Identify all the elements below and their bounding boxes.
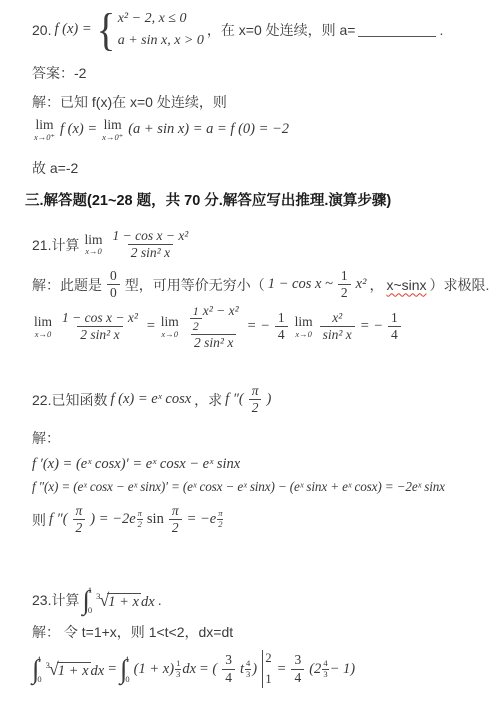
function-definition: f (x) = eˣ cosx	[110, 391, 191, 408]
exponent-numerator: π	[217, 509, 223, 519]
fraction-numerator: 12x² − x²	[186, 303, 242, 334]
piecewise-case-2: a + sin x, x > 0	[118, 30, 204, 52]
numerator-rest: x² − x²	[203, 303, 239, 318]
solution-label-text: 解：	[32, 428, 60, 448]
lim-subscript: x→0	[35, 329, 52, 339]
piecewise-case-1: x² − 2, x ≤ 0	[118, 8, 204, 30]
power-integrand-group: (1 + x)13dx	[134, 659, 196, 680]
answer-text: 答案：-2	[32, 63, 86, 83]
answer-blank-line	[358, 36, 436, 37]
fraction-denominator: sin² x	[320, 326, 355, 343]
fraction-denominator: 2 sin² x	[128, 244, 173, 261]
result-close: − 1)	[330, 661, 356, 677]
exponent-denominator: 2	[137, 519, 143, 530]
problem-20-statement: 20. f (x) = { x² − 2, x ≤ 0 a + sin x, x…	[32, 8, 443, 51]
final-one-quarter-fraction: 1 4	[388, 310, 401, 343]
piecewise-cases: x² − 2, x ≤ 0 a + sin x, x > 0	[118, 8, 204, 51]
evaluation-upper-limit: 2	[265, 651, 271, 666]
definite-integral: ∫ 1 0	[82, 585, 92, 615]
fraction-2-nested: 12x² − x² 2 sin² x	[186, 303, 242, 351]
equals-minus: = −	[247, 318, 270, 335]
fraction-numerator: π	[73, 503, 86, 519]
radicand: 1 + x	[107, 593, 141, 610]
sentence-period: .	[158, 592, 162, 608]
limit-operator: lim x→0	[161, 315, 179, 339]
limit-operator: lim x→0⁺	[34, 118, 55, 142]
evaluation-bar-line	[262, 650, 263, 688]
one-half-fraction: 1 2	[338, 268, 351, 301]
section-heading-text: 三.解答题(21~28 题，共 70 分.解答应写出推理.演算步骤)	[25, 189, 391, 210]
fraction-denominator: 4	[222, 669, 235, 686]
exponent-numerator: 1	[175, 659, 181, 669]
problem-20-conclusion: 故 a=-2	[32, 158, 78, 178]
antiderivative-group: t43)	[240, 659, 257, 680]
integral-upper-limit: 1	[37, 654, 41, 664]
fraction-denominator: 2	[190, 318, 202, 333]
exponent-pi-over-two: π2	[217, 509, 223, 530]
definite-integral: ∫ 1 0	[32, 654, 42, 684]
problem-22-number: 22.已知函数	[32, 390, 107, 410]
fraction-numerator: 1	[388, 310, 401, 326]
pi-over-two-fraction: π 2	[249, 383, 262, 416]
fraction-numerator: π	[169, 503, 182, 519]
fraction-denominator: 2 sin² x	[191, 334, 236, 351]
math-solutions-document: 20. f (x) = { x² − 2, x ≤ 0 a + sin x, x…	[0, 0, 500, 719]
lim-subscript: x→0⁺	[102, 132, 123, 142]
evaluation-bar: 2 1	[262, 650, 272, 688]
integral-limits: 1 0	[125, 654, 129, 684]
equals-open-paren: = (	[199, 661, 217, 678]
lim-subscript: x→0⁺	[34, 132, 55, 142]
close-paren: )	[252, 661, 257, 677]
problem-22-statement: 22.已知函数 f (x) = eˣ cosx ，求 f ″( π 2 )	[32, 383, 271, 416]
equals-result: = −e	[187, 511, 217, 527]
problem-21-statement: 21.计算 lim x→0 1 − cos x − x² 2 sin² x	[32, 228, 193, 261]
dx-differential: dx	[141, 594, 155, 610]
exponent-pi-over-two: π2	[137, 509, 143, 530]
second-derivative-open: f ″(	[225, 391, 244, 408]
zero-over-zero-fraction: 0 0	[107, 268, 120, 301]
second-derivative-equation: f ″(x) = (eˣ cosx − eˣ sinx)′ = (eˣ cosx…	[32, 479, 445, 495]
problem-22-first-derivative: f ′(x) = (eˣ cosx)′ = eˣ cosx − eˣ sinx	[32, 456, 240, 473]
comma-separator: ，	[369, 275, 383, 295]
problem-21-number: 21.计算	[32, 235, 79, 255]
inner-half-fraction: 12	[190, 304, 202, 334]
section-3-heading: 三.解答题(21~28 题，共 70 分.解答应写出推理.演算步骤)	[25, 189, 391, 210]
limit-operator: lim x→0	[34, 315, 52, 339]
problem-22-second-derivative: f ″(x) = (eˣ cosx − eˣ sinx)′ = (eˣ cosx…	[32, 479, 445, 495]
limit-operator: lim x→0⁺	[102, 118, 123, 142]
equals-sign: =	[277, 661, 287, 678]
result-group: = −eπ2	[187, 509, 225, 530]
fraction-denominator: 4	[388, 326, 401, 343]
limit-middle: f (x) =	[60, 121, 97, 138]
problem-22-evaluation: 则 f ″( π 2 ) = −2eπ2 sin π 2 = −eπ2	[32, 503, 225, 536]
problem-20-limit-equation: lim x→0⁺ f (x) = lim x→0⁺ (a + sin x) = …	[32, 118, 289, 142]
second-derivative-open: f ″(	[49, 511, 68, 528]
fraction-numerator: 3	[291, 652, 304, 668]
problem-23-statement: 23.计算 ∫ 1 0 3√1 + xdx .	[32, 585, 162, 615]
piecewise-brace: {	[96, 10, 115, 50]
lim-word: lim	[161, 315, 179, 329]
exponent-numerator: 4	[322, 659, 328, 669]
solution-intro-text: 解：已知 f(x)在 x=0 处连续，则	[32, 92, 227, 112]
one-quarter-fraction: 1 4	[275, 310, 288, 343]
lim-subscript: x→0	[161, 329, 178, 339]
pi-over-two-fraction: π 2	[73, 503, 86, 536]
integral-lower-limit: 0	[88, 605, 92, 615]
fraction-numerator: π	[249, 383, 262, 399]
eval-middle: ) = −2e	[90, 511, 135, 527]
evaluation-limits: 2 1	[265, 651, 271, 687]
fraction-denominator: 2	[169, 519, 182, 536]
power-base: (1 + x)	[134, 661, 174, 677]
fraction-denominator: 4	[291, 669, 304, 686]
evaluation-lower-limit: 1	[265, 672, 271, 687]
x-squared-term: x²	[356, 276, 367, 293]
substitution-text: 解： 令 t=1+x，则 1<t<2，dx=dt	[32, 622, 233, 642]
then-text: 则	[32, 510, 46, 530]
problem-21-analysis: 解：此题是 0 0 型，可用等价无穷小（ 1 − cos x ~ 1 2 x² …	[32, 268, 489, 301]
t-variable: t	[240, 661, 244, 677]
fraction-denominator: 2	[73, 519, 86, 536]
lim-subscript: x→0	[85, 246, 102, 256]
lim-subscript: x→0	[295, 329, 312, 339]
fraction-denominator: 0	[107, 284, 120, 301]
equivalence-2-misspelled: x~sinx	[386, 277, 426, 293]
lim-word: lim	[34, 315, 52, 329]
exponent-four-thirds: 43	[322, 659, 328, 680]
exponent-numerator: 4	[245, 659, 251, 669]
fraction-3: x² sin² x	[320, 310, 355, 343]
integral-limits: 1 0	[88, 585, 92, 615]
sentence-period: .	[439, 22, 443, 38]
problem-23-substitution: 解： 令 t=1+x，则 1<t<2，dx=dt	[32, 622, 233, 642]
fraction-numerator: 0	[107, 268, 120, 284]
radicand: 1 + x	[57, 662, 91, 679]
exponent-denominator: 3	[322, 669, 328, 680]
integral-lower-limit: 0	[37, 674, 41, 684]
cube-root-group: 3√1 + xdx	[46, 659, 105, 680]
definite-integral: ∫ 1 0	[120, 654, 130, 684]
final-result-group: (243− 1)	[309, 659, 355, 680]
integral-limits: 1 0	[37, 654, 41, 684]
exponent-denominator: 3	[175, 669, 181, 680]
first-derivative-equation: f ′(x) = (eˣ cosx)′ = eˣ cosx − eˣ sinx	[32, 456, 240, 473]
fraction-numerator: 1	[190, 304, 202, 318]
equivalence-1: 1 − cos x ~	[268, 276, 333, 293]
function-definition: f (x) =	[54, 21, 91, 38]
conclusion-text: 故 a=-2	[32, 158, 78, 178]
problem-20-number: 20.	[32, 22, 51, 38]
fraction-denominator: 2	[249, 399, 262, 416]
fraction-denominator: 2	[338, 284, 351, 301]
close-paren: )	[266, 391, 271, 408]
cube-root-group: 3√1 + xdx	[96, 590, 155, 611]
problem-23-number: 23.计算	[32, 590, 79, 610]
fraction-numerator: 1 − cos x − x²	[109, 228, 191, 244]
limit-result: (a + sin x) = a = f (0) = −2	[128, 121, 289, 138]
analysis-suffix: ）求极限.	[430, 275, 490, 295]
limit-operator: lim x→0	[84, 233, 102, 257]
exp-group: ) = −2eπ2	[90, 509, 144, 530]
pi-over-two-fraction: π 2	[169, 503, 182, 536]
exponent-one-third: 13	[175, 659, 181, 680]
fraction-denominator: 4	[275, 326, 288, 343]
fraction-numerator: 3	[222, 652, 235, 668]
result-open: (2	[309, 661, 321, 677]
three-quarters-fraction: 3 4	[291, 652, 304, 685]
exponent-four-thirds: 43	[245, 659, 251, 680]
continuity-condition: ，在 x=0 处连续，则 a=	[207, 20, 356, 40]
equals-minus: = −	[360, 318, 383, 335]
analysis-prefix: 解：此题是	[32, 275, 102, 295]
exponent-numerator: π	[137, 509, 143, 519]
integral-upper-limit: 1	[125, 654, 129, 664]
equals-sign: =	[107, 661, 117, 678]
integral-upper-limit: 1	[88, 585, 92, 595]
analysis-middle: 型，可用等价无穷小（	[125, 275, 265, 295]
problem-23-calculation: ∫ 1 0 3√1 + xdx = ∫ 1 0 (1 + x)13dx = ( …	[32, 650, 355, 688]
fraction-numerator: 1	[338, 268, 351, 284]
find-text: ，求	[194, 390, 222, 410]
limit-fraction: 1 − cos x − x² 2 sin² x	[109, 228, 191, 261]
integral-lower-limit: 0	[125, 674, 129, 684]
problem-20-solution-intro: 解：已知 f(x)在 x=0 处连续，则	[32, 92, 227, 112]
problem-22-solution-label: 解：	[32, 428, 60, 448]
fraction-numerator: 1 − cos x − x²	[59, 310, 141, 326]
dx-differential: dx	[182, 661, 196, 677]
fraction-numerator: x²	[329, 310, 345, 326]
fraction-numerator: 1	[275, 310, 288, 326]
three-quarters-fraction: 3 4	[222, 652, 235, 685]
lim-word: lim	[36, 118, 54, 132]
exponent-denominator: 2	[217, 519, 223, 530]
lim-word: lim	[104, 118, 122, 132]
lim-word: lim	[84, 233, 102, 247]
lim-word: lim	[295, 315, 313, 329]
exponent-denominator: 3	[245, 669, 251, 680]
fraction-denominator: 2 sin² x	[77, 326, 122, 343]
sin-function: sin	[147, 511, 164, 528]
dx-differential: dx	[91, 663, 105, 679]
limit-operator: lim x→0	[295, 315, 313, 339]
fraction-1: 1 − cos x − x² 2 sin² x	[59, 310, 141, 343]
problem-21-calculation: lim x→0 1 − cos x − x² 2 sin² x = lim x→…	[32, 303, 403, 351]
equals-sign: =	[146, 318, 156, 335]
problem-20-answer: 答案：-2	[32, 63, 86, 83]
